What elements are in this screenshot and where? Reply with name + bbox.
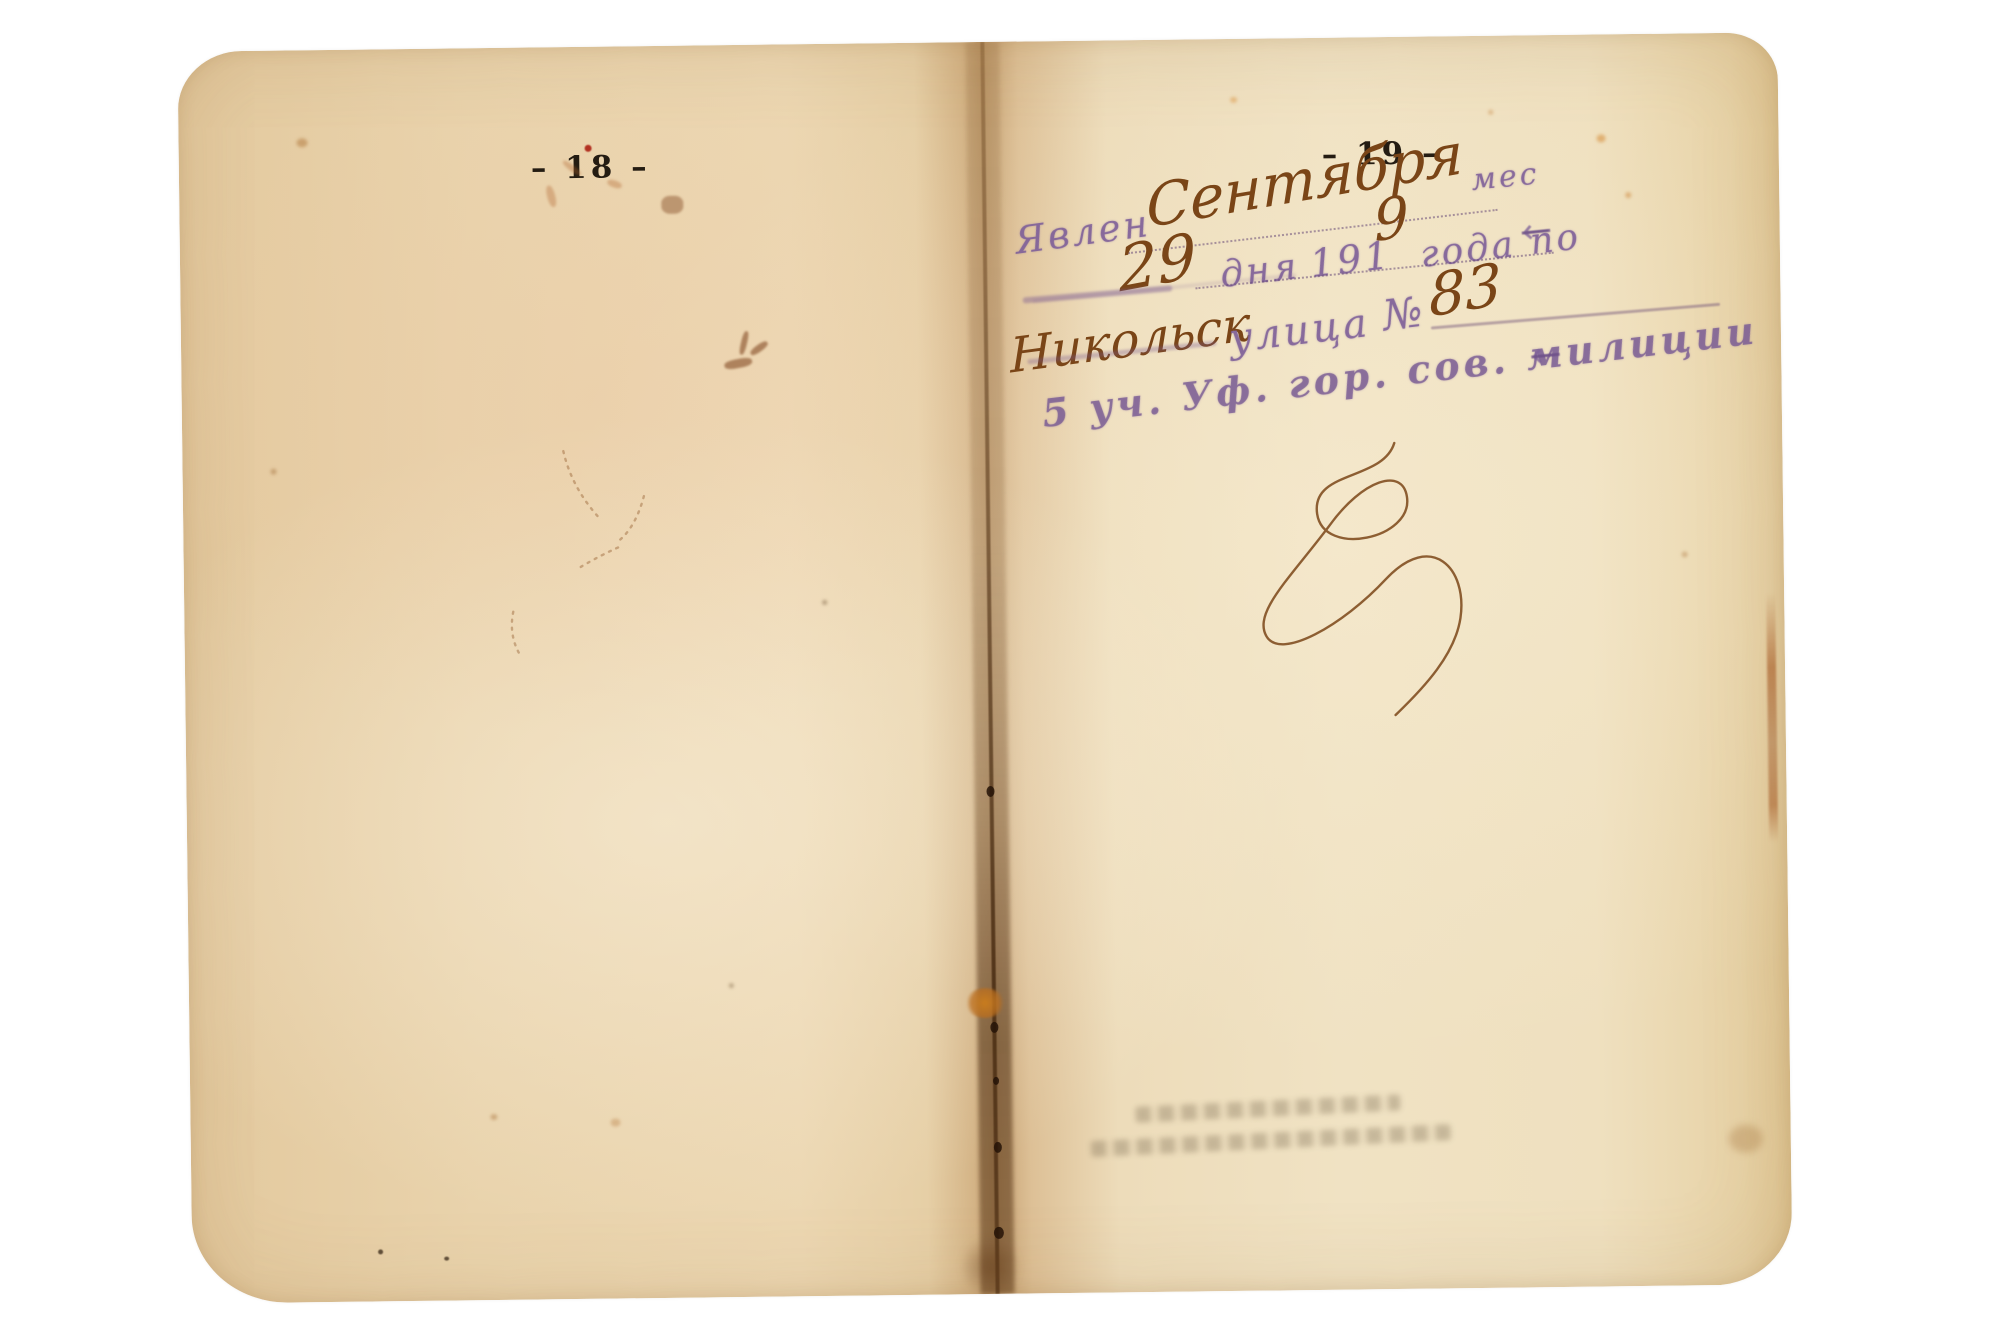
- edge-rust-stain: [1766, 592, 1778, 842]
- faded-ink-mark: [545, 185, 558, 208]
- open-booklet: – 18 – – 19 – Явлен Сентября мес 29 дня …: [177, 32, 1792, 1303]
- handwritten-house-number: 83: [1428, 250, 1503, 331]
- page-number-18: – 18 –: [531, 149, 651, 186]
- speck: [444, 1257, 449, 1261]
- arrow-left-mark-line4: ←: [1529, 334, 1561, 377]
- stitch-hole: [994, 1142, 1002, 1153]
- foxing-spot: [1682, 551, 1688, 557]
- stamp-dnya: дня: [1218, 246, 1302, 296]
- foxing-spot: [610, 1118, 620, 1126]
- dark-ink-blot: [661, 196, 683, 214]
- ink-smudge: [738, 331, 749, 356]
- foxing-spot: [271, 469, 277, 475]
- stitch-hole: [986, 786, 994, 797]
- foxing-spot: [1625, 192, 1631, 198]
- handwritten-year-digit: 9: [1372, 183, 1410, 255]
- faded-pen-traces: [497, 438, 680, 660]
- ink-smudge: [749, 340, 769, 357]
- corner-stain: [1729, 1125, 1763, 1153]
- ink-smudge: [724, 356, 753, 370]
- foxing-spot: [1597, 134, 1606, 142]
- foxing-spot: [296, 138, 307, 147]
- show-through-text-line: [1091, 1124, 1451, 1157]
- speck: [378, 1249, 383, 1254]
- foxing-spot: [490, 1114, 497, 1120]
- arrow-left-mark-line2: ←: [1520, 210, 1552, 253]
- red-ink-dot: [585, 145, 592, 152]
- signature-flourish: [1244, 438, 1488, 731]
- stitch-hole: [993, 1077, 999, 1085]
- speck: [822, 600, 827, 605]
- stitch-hole: [990, 1022, 998, 1033]
- foxing-spot: [1230, 97, 1237, 103]
- stamp-number-sign: №: [1380, 287, 1428, 341]
- foxing-spot: [1488, 110, 1493, 115]
- speck: [729, 983, 734, 988]
- spine-bottom-stain: [962, 1232, 1019, 1303]
- stamp-mes: мес: [1469, 156, 1541, 198]
- photo-background: – 18 – – 19 – Явлен Сентября мес 29 дня …: [0, 0, 2000, 1331]
- show-through-text-line: [1135, 1094, 1400, 1122]
